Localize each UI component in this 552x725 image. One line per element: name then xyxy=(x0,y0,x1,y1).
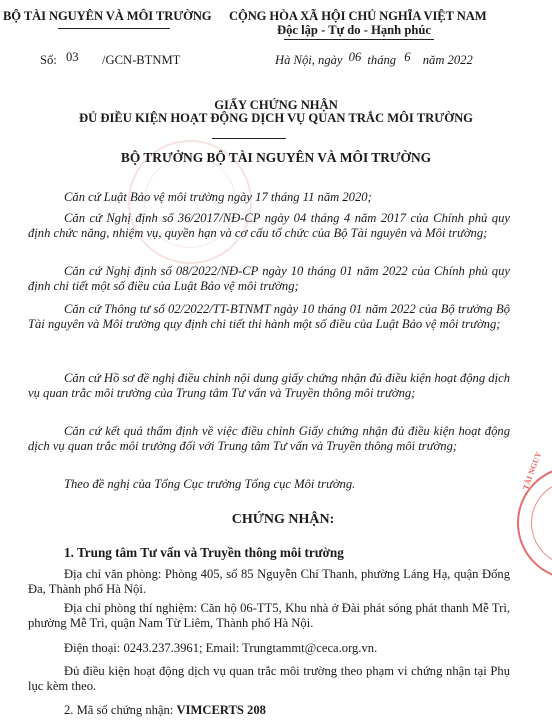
document-subtitle: ĐỦ ĐIỀU KIỆN HOẠT ĐỘNG DỊCH VỤ QUAN TRẮC… xyxy=(0,111,552,126)
seal-text: TÀI NGUY xyxy=(521,451,543,491)
issuing-authority: BỘ TRƯỞNG BỘ TÀI NGUYÊN VÀ MÔI TRƯỜNG xyxy=(0,150,552,166)
legal-basis-5: Căn cứ Hồ sơ đề nghị điều chỉnh nội dung… xyxy=(28,371,510,401)
certifies-heading: CHỨNG NHẬN: xyxy=(0,512,552,528)
document-number-value: 03 xyxy=(66,50,79,65)
legal-basis-7: Theo đề nghị của Tổng Cục trưởng Tổng cụ… xyxy=(28,477,510,492)
motto-underline xyxy=(284,39,434,40)
document-number-suffix: /GCN-BTNMT xyxy=(102,53,180,68)
legal-basis-1: Căn cứ Luật Bảo vệ môi trường ngày 17 th… xyxy=(28,190,510,205)
date-year: năm 2022 xyxy=(423,53,473,67)
nation-heading: CỘNG HÒA XÃ HỘI CHỦ NGHĨA VIỆT NAM xyxy=(229,9,486,24)
date-day: 06 xyxy=(349,50,362,64)
legal-basis-6: Căn cứ kết quả thẩm định về việc điều ch… xyxy=(28,424,510,454)
legal-basis-3: Căn cứ Nghị định số 08/2022/NĐ-CP ngày 1… xyxy=(28,264,510,294)
issuer-heading: BỘ TÀI NGUYÊN VÀ MÔI TRƯỜNG xyxy=(3,9,212,24)
legal-basis-4: Căn cứ Thông tư số 02/2022/TT-BTNMT ngày… xyxy=(28,302,510,332)
office-address: Địa chỉ văn phòng: Phòng 405, số 85 Nguy… xyxy=(28,567,510,597)
issuer-underline xyxy=(58,28,170,29)
document-number-label: Số: xyxy=(40,53,57,68)
date-month: 6 xyxy=(404,50,410,64)
title-divider xyxy=(212,138,286,139)
certificate-item-1: 1. Trung tâm Tư vấn và Truyền thông môi … xyxy=(28,545,510,560)
certificate-page: BỘ TÀI NGUYÊN VÀ MÔI TRƯỜNG CỘNG HÒA XÃ … xyxy=(0,0,552,725)
scope-statement: Đủ điều kiện hoạt động dịch vụ quan trắc… xyxy=(28,664,510,694)
lab-address: Địa chỉ phòng thí nghiệm: Căn hộ 06-TT5,… xyxy=(28,601,510,631)
date-prefix: Hà Nội, ngày xyxy=(275,53,343,67)
certificate-item-2: 2. Mã số chứng nhận: VIMCERTS 208 xyxy=(28,703,510,718)
certificate-code: VIMCERTS 208 xyxy=(176,703,265,717)
certificate-code-label: 2. Mã số chứng nhận: xyxy=(64,703,176,717)
date-month-label: tháng xyxy=(367,53,396,67)
contact-info: Điện thoại: 0243.237.3961; Email: Trungt… xyxy=(28,641,510,656)
legal-basis-2: Căn cứ Nghị định số 36/2017/NĐ-CP ngày 0… xyxy=(28,211,510,241)
issue-date: Hà Nội, ngày 06 tháng 6 năm 2022 xyxy=(275,53,473,68)
nation-motto: Độc lập - Tự do - Hạnh phúc xyxy=(277,23,431,38)
